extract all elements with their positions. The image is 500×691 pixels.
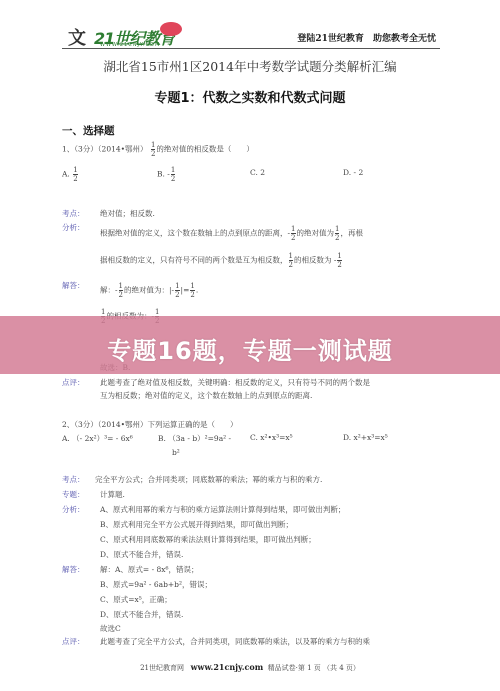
q2-option-a: A. （- 2x²）³= - 6x⁶	[62, 433, 133, 444]
logo-url: WWW.21CNJY.COM	[100, 42, 160, 48]
page-footer: 21世纪教育网 www.21cnjy.com 精品试卷·第 1 页 （共 4 页…	[0, 662, 500, 673]
slogan-2: 助您教考全无忧	[373, 34, 436, 44]
q2-option-b: B. （3a - b）²=9a² -	[158, 433, 231, 444]
footer-url: www.21cnjy.com	[191, 662, 264, 672]
q2-option-b-cont: b²	[172, 448, 180, 457]
q2-fenxi-b: B、原式利用完全平方公式展开得到结果，即可做出判断；	[100, 519, 293, 530]
site-logo: 文 21世纪教育 WWW.21CNJY.COM	[68, 22, 208, 48]
q2-fenxi-d: D、原式不能合并，错误.	[100, 549, 183, 560]
q2-fenxi-a: A、原式利用幂的乘方与积的乘方运算法则计算得到结果，即可做出判断；	[100, 504, 345, 515]
q1-jieda-label: 解答：	[62, 280, 85, 291]
q1-dianping-line-1: 此题考查了绝对值及相反数，关键明确：相反数的定义，只有符号不同的两个数是	[100, 377, 370, 388]
q1-fenxi-line-1: 根据绝对值的定义，这个数在数轴上的点到原点的距离，-12的绝对值为12，再根	[100, 225, 363, 242]
q1-kaodian: 绝对值；相反数.	[100, 208, 155, 219]
q1-kaodian-label: 考点：	[62, 208, 85, 219]
flower-icon	[160, 22, 182, 36]
q2-fenxi-label: 分析：	[62, 504, 85, 515]
q1-dianping-label: 点评：	[62, 377, 85, 388]
q2-jieda-d: D、原式不能合并，错误.	[100, 609, 183, 620]
q1-jieda-line-1: 解：-12的绝对值为：|-12|=12.	[100, 282, 198, 299]
q2-dianping: 此题考查了完全平方公式，合并同类项，同底数幂的乘法，以及幂的乘方与积的乘	[100, 636, 370, 647]
document-subtitle: 专题1：代数之实数和代数式问题	[0, 87, 500, 106]
q1-option-d: D. - 2	[343, 168, 363, 177]
q1-option-c: C. 2	[250, 168, 265, 177]
footer-page-info: 精品试卷·第 1 页 （共 4 页）	[268, 664, 360, 672]
q2-jieda-label: 解答：	[62, 564, 85, 575]
q2-zhuanti: 计算题.	[100, 489, 125, 500]
q1-fraction: 12	[151, 141, 155, 158]
q1-option-b: B. -12	[157, 166, 176, 183]
q1-fenxi-label: 分析：	[62, 222, 85, 233]
header-slogan: 登陆21世纪教育 助您教考全无忧	[297, 31, 436, 44]
q1-stem-prefix: 1、（3分）（2014•鄂州）	[62, 145, 148, 154]
slogan-1: 登陆21世纪教育	[297, 34, 364, 44]
q2-option-c: C. x²•x³=x⁵	[250, 433, 293, 442]
q2-stem: 2、（3分）（2014•鄂州）下列运算正确的是（ ）	[62, 419, 238, 430]
q2-jieda-b: B、原式=9a² - 6ab+b²，错误；	[100, 579, 212, 590]
q1-fenxi-line-2: 据相反数的定义，只有符号不同的两个数是互为相反数，12的相反数为 -12	[100, 252, 343, 269]
q1-stem-suffix: 的绝对值的相反数是（ ）	[156, 145, 254, 154]
section-heading: 一、选择题	[62, 123, 115, 138]
q2-dianping-label: 点评：	[62, 636, 85, 647]
runner-icon: 文	[68, 24, 86, 50]
page-header: 文 21世纪教育 WWW.21CNJY.COM 登陆21世纪教育 助您教考全无忧	[62, 20, 440, 49]
document-page: 文 21世纪教育 WWW.21CNJY.COM 登陆21世纪教育 助您教考全无忧…	[0, 0, 500, 691]
banner-title: 专题16题，专题一测试题	[0, 331, 500, 366]
document-title: 湖北省15市州1区2014年中考数学试题分类解析汇编	[0, 57, 500, 75]
q2-jieda-a: 解：A、原式= - 8x⁶，错误；	[100, 564, 199, 575]
q2-kaodian: 完全平方公式；合并同类项；同底数幂的乘法；幂的乘方与积的乘方.	[95, 474, 322, 485]
q1-option-a: A. 12	[62, 166, 79, 183]
footer-site: 21世纪教育网	[140, 664, 184, 672]
q2-jieda-conclusion: 故选C	[100, 623, 121, 634]
q1-stem: 1、（3分）（2014•鄂州） 12的绝对值的相反数是（ ）	[62, 141, 254, 158]
q2-jieda-c: C、原式=x⁵，正确；	[100, 594, 172, 605]
q1-dianping-line-2: 互为相反数；绝对值的定义，这个数在数轴上的点到原点的距离.	[100, 390, 312, 401]
q2-fenxi-c: C、原式利用同底数幂的乘法法则计算得到结果，即可做出判断；	[100, 534, 316, 545]
q2-option-d: D. x²+x³=x⁵	[343, 433, 388, 442]
q2-kaodian-label: 考点：	[62, 474, 85, 485]
q2-zhuanti-label: 专题：	[62, 489, 85, 500]
